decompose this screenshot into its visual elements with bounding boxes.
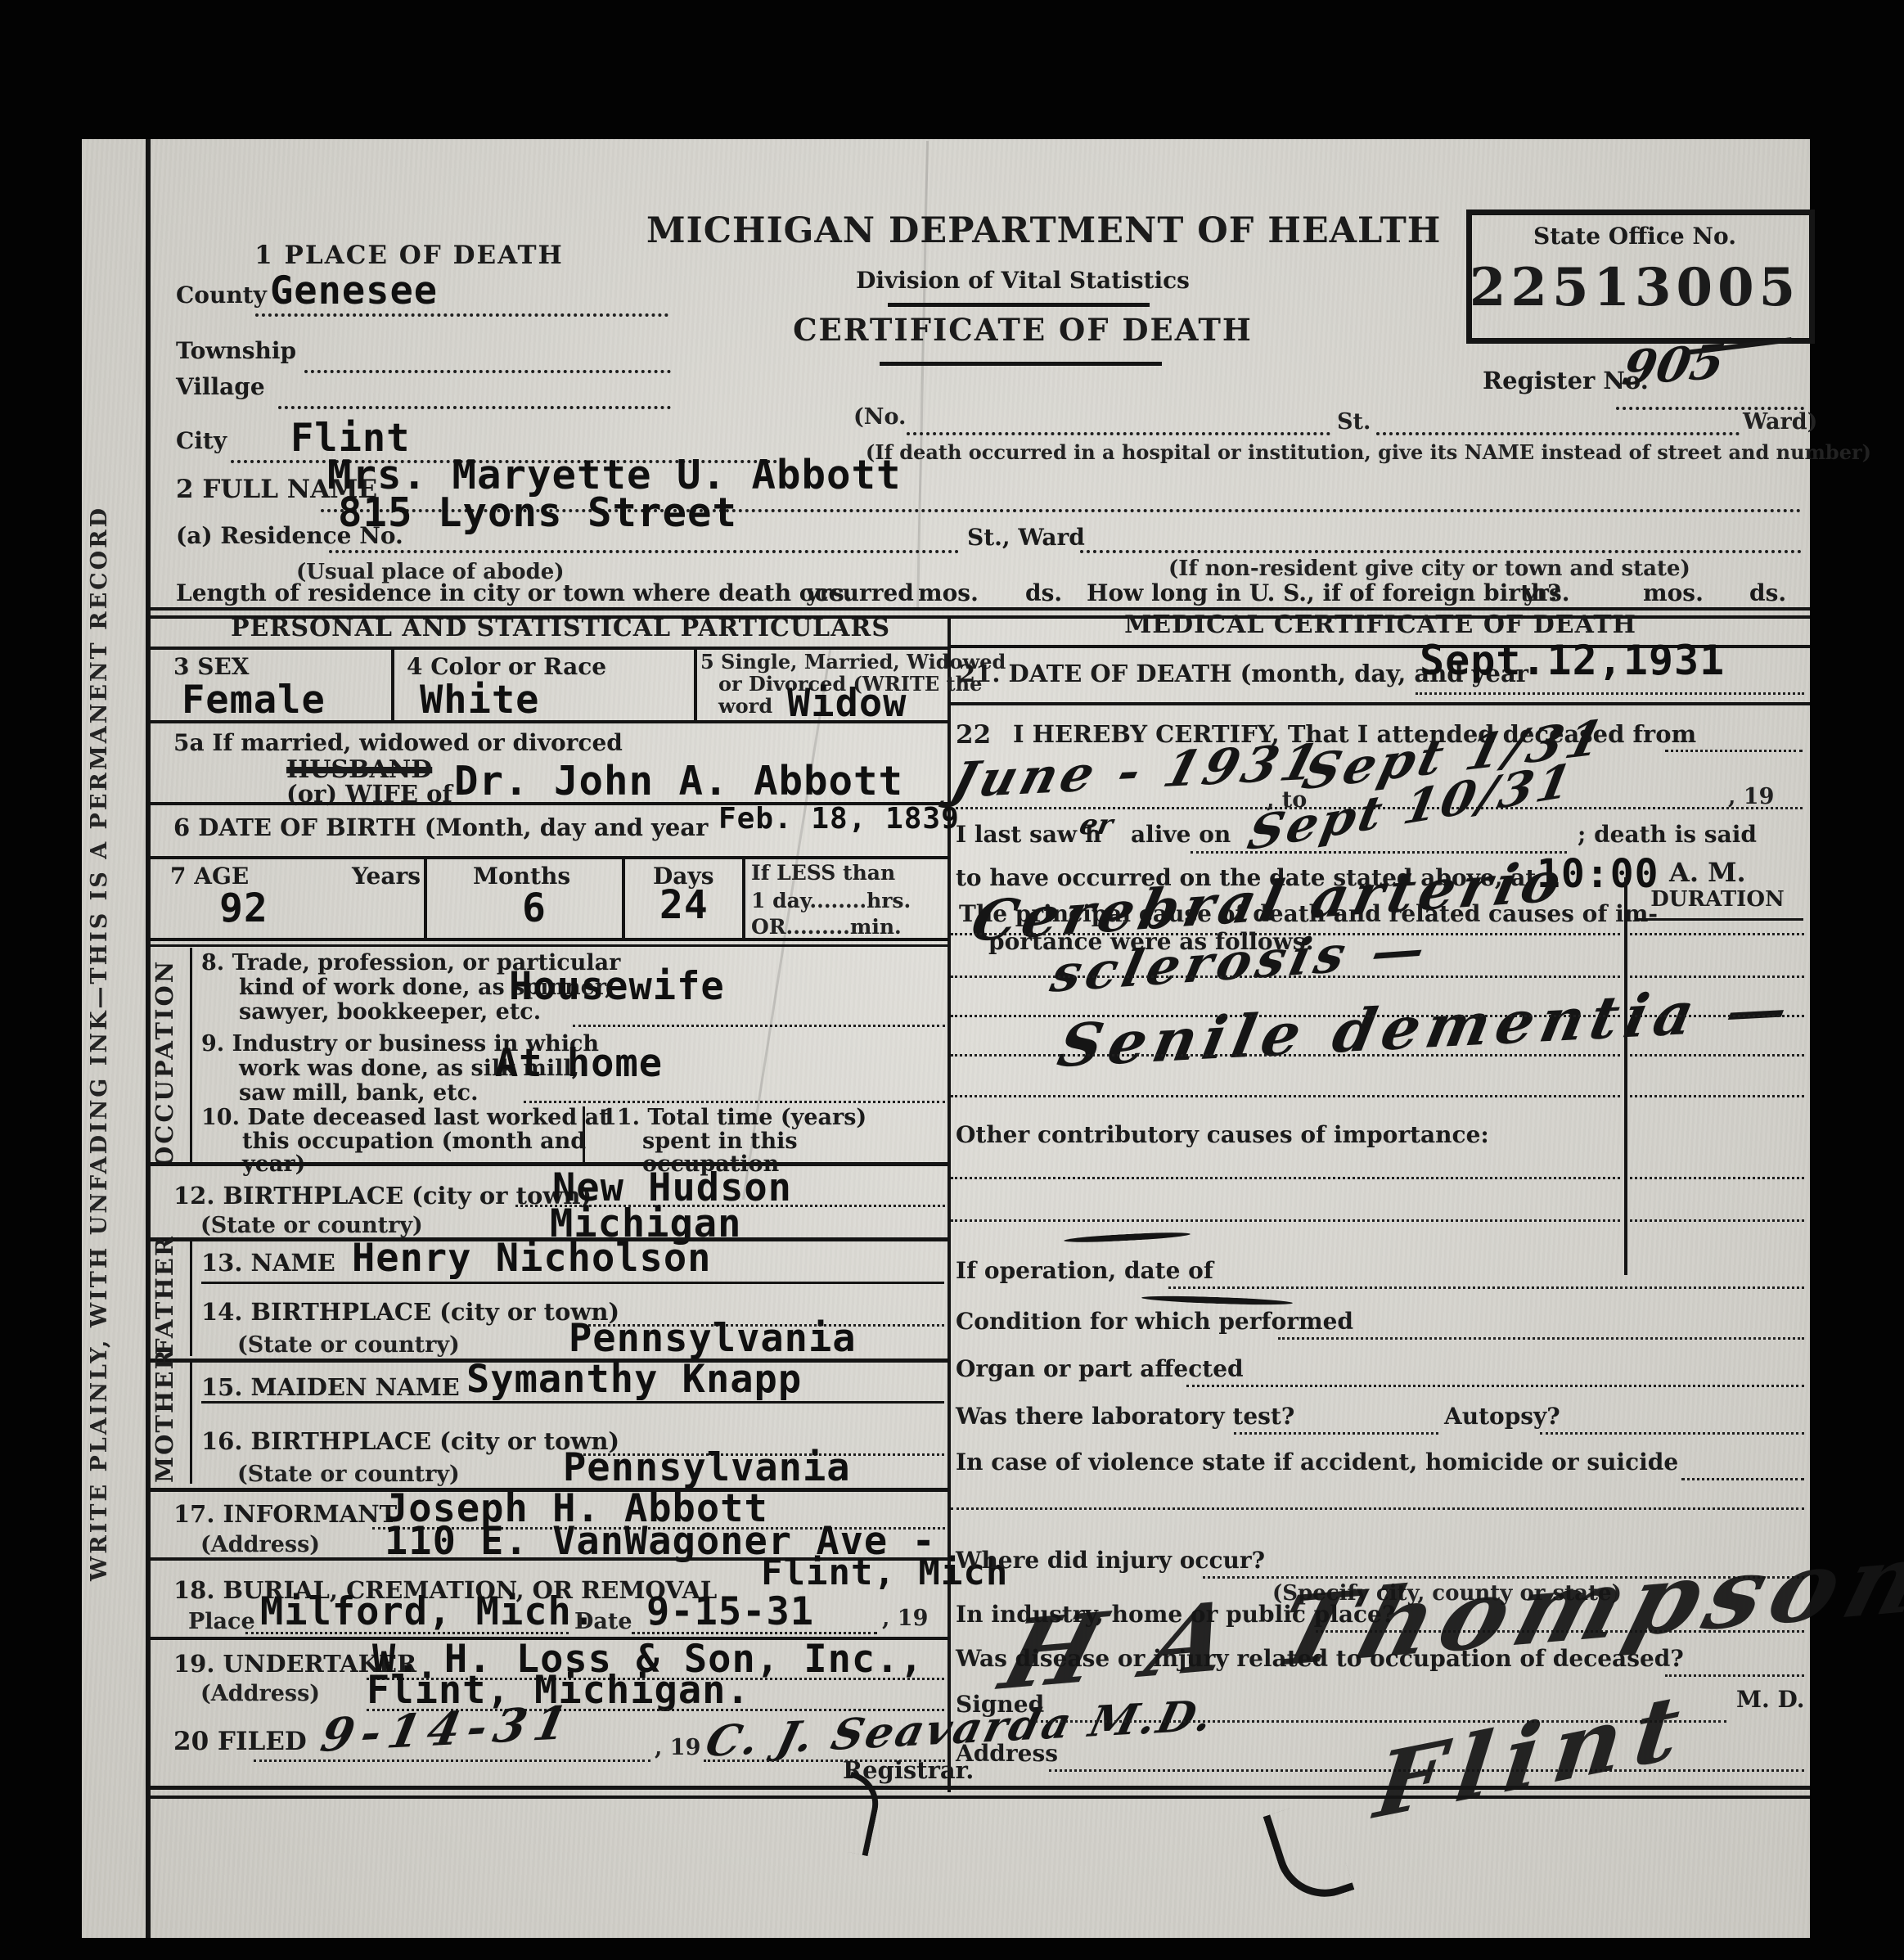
cell-divider [190,1363,192,1484]
color-label: 4 Color or Race [407,655,606,678]
duration-divider [1624,877,1627,1275]
state-country-label: (State or country) [237,1332,460,1358]
bottom-border [146,1796,1810,1799]
dotted-line [1080,550,1802,553]
residence-value: 815 Lyons Street [338,489,737,536]
date-of-death-value: Sept.12,1931 [1420,637,1725,684]
trade-label: sawyer, bookkeeper, etc. [239,1001,541,1024]
village-label: Village [176,375,265,399]
autopsy-label: Autopsy? [1444,1404,1560,1428]
mother-side-label: MOTHER [151,1365,188,1483]
dotted-line [255,313,668,317]
street-st-label: St. [1337,409,1371,435]
yrs-label: yrs. [1524,581,1570,605]
mos-label: mos. [1643,581,1704,605]
dotted-line [1630,1054,1804,1057]
death-is-said-label: ; death is said [1578,822,1757,846]
mother-birthplace-value: Pennsylvania [563,1445,851,1490]
city-label: City [176,429,227,453]
dob-label: 6 DATE OF BIRTH (Month, day and year [173,815,708,840]
cell-divider [694,650,697,720]
divider [880,362,1162,366]
maiden-name-label: 15. MAIDEN NAME [201,1375,460,1399]
cell-divider [190,1241,192,1356]
where-injury-label: Where did injury occur? [956,1548,1265,1572]
place-label: Place [188,1609,255,1634]
last-worked-label: this occupation (month and [242,1130,586,1153]
days-value: 24 [659,882,709,928]
dotted-line [1278,1337,1804,1340]
date-label: Date [574,1609,632,1634]
address-label: Address [956,1741,1058,1765]
married-widowed-label: 5a If married, widowed or divorced [173,731,623,755]
row-divider [947,702,1810,705]
dotted-line [278,406,671,409]
dotted-line [951,1095,1620,1097]
scanned-death-certificate: WRITE PLAINLY, WITH UNFADING INK—THIS IS… [0,0,1904,1960]
months-label: Months [473,864,570,888]
age-value: 92 [219,885,268,931]
dotted-line [951,1507,1804,1510]
industry-value: At home [495,1041,663,1086]
father-name-value: Henry Nicholson [352,1236,711,1281]
dotted-line [1665,750,1803,752]
dotted-line [1168,1286,1804,1289]
industry-label: saw mill, bank, etc. [239,1082,478,1105]
township-label: Township [176,339,296,363]
item-22-number: 22 [956,722,991,749]
md-label: M. D. [1736,1687,1805,1711]
dotted-line [1681,1478,1804,1480]
dotted-line [951,1219,1620,1222]
cell-divider [742,859,745,938]
row-divider [146,938,951,941]
total-time-label: spent in this [642,1130,798,1153]
division-subtitle: Division of Vital Statistics [777,268,1268,292]
dob-value: Feb. 18, 1839 [718,802,960,836]
dotted-line [1630,1095,1804,1097]
state-country-label: (State or country) [237,1462,460,1487]
state-office-label: State Office No. [1466,224,1803,248]
operation-label: If operation, date of [956,1259,1213,1282]
laboratory-test-label: Was there laboratory test? [956,1404,1294,1428]
row-divider [146,720,951,723]
dotted-line [1234,1432,1438,1435]
underline [1635,918,1803,921]
other-causes-label: Other contributory causes of importance: [956,1123,1489,1147]
dotted-line [1376,432,1740,435]
personal-section-title: PERSONAL AND STATISTICAL PARTICULARS [176,615,945,642]
place-of-death-title: 1 PLACE OF DEATH [205,242,614,269]
sex-label: 3 SEX [173,655,250,678]
nonresident-note: (If non-resident give city or town and s… [1168,556,1690,581]
if-less-label: If LESS than [751,861,895,885]
organ-label: Organ or part affected [956,1357,1244,1381]
father-name-label: 13. NAME [201,1250,335,1275]
state-office-number: 22513005 [1466,260,1803,315]
signed-label: Signed [956,1692,1044,1716]
dotted-line [524,1101,945,1103]
divider [888,303,1150,307]
medical-section-title: MEDICAL CERTIFICATE OF DEATH [951,612,1810,638]
if-less-label: 1 day........hrs. [751,889,911,912]
husband-label-struck: HUSBAND [286,757,432,783]
dotted-line [1540,1432,1804,1435]
dotted-line [1630,933,1804,935]
certificate-title: CERTIFICATE OF DEATH [777,314,1268,346]
burial-place-value: Milford, Mich. [260,1589,596,1634]
last-saw-er-script: er [1077,809,1116,841]
row-divider [146,856,951,859]
total-time-label: 11. Total time (years) [601,1106,866,1129]
underline [201,1282,944,1284]
cell-divider [190,948,192,1162]
dotted-line [951,975,1620,978]
father-birthplace-value: Pennsylvania [569,1316,857,1361]
dotted-line [951,1177,1620,1179]
dotted-line [632,1632,877,1634]
dotted-line [245,1632,569,1634]
st-ward-label: St., Ward [967,525,1085,549]
row-divider [146,1162,951,1166]
dotted-line [573,1025,945,1027]
year-19-label: , 19 [882,1606,928,1631]
row-divider [146,944,951,947]
yrs-label: yrs. [806,581,853,605]
dotted-line [1630,1015,1804,1017]
dotted-line [1630,1219,1804,1222]
dotted-line [1416,692,1804,695]
address-label: (Address) [200,1681,320,1706]
dotted-line [951,1015,1620,1017]
register-number: 905 [1618,334,1729,396]
duration-label: DURATION [1628,889,1807,911]
condition-label: Condition for which performed [956,1309,1353,1333]
trade-value: Housewife [509,964,725,1009]
dotted-line [951,1054,1620,1057]
if-less-label: OR.........min. [751,915,902,939]
mos-label: mos. [918,581,979,605]
state-country-label: (State or country) [200,1213,423,1238]
bottom-border [146,1786,1810,1790]
ds-label: ds. [1749,581,1786,605]
burial-date-value: 9-15-31 [646,1589,814,1634]
color-value: White [420,678,539,723]
year-19-label: , 19 [655,1735,700,1760]
county-label: County [176,283,267,307]
address-label: (Address) [200,1532,320,1557]
violence-label: In case of violence state if accident, h… [956,1450,1678,1474]
occupation-side-label: OCCUPATION [151,956,188,1170]
street-no-label: (No. [853,404,906,430]
length-of-residence-label: Length of residence in city or town wher… [176,581,914,605]
dotted-line [1630,1177,1804,1179]
dotted-line [907,432,1330,435]
cell-divider [622,859,625,938]
foreign-birth-label: How long in U. S., if of foreign birth? [1087,581,1561,605]
years-label: Years [352,864,421,888]
hospital-note: (If death occurred in a hospital or inst… [866,440,1871,464]
am-pm-label: A. M. [1669,859,1746,887]
dotted-line [1186,1385,1804,1387]
informant-label: 17. INFORMANT [173,1502,397,1526]
status-label: word [718,694,772,718]
dotted-line [254,1759,650,1762]
sex-value: Female [182,678,326,723]
mother-birthplace-label: 16. BIRTHPLACE (city or town) [201,1429,619,1453]
spouse-value: Dr. John A. Abbott [454,758,903,804]
dotted-line [329,550,959,553]
county-value: Genesee [270,268,438,313]
months-value: 6 [522,885,547,931]
age-label: 7 AGE [170,864,249,888]
cell-divider [391,650,394,720]
margin-instruction: WRITE PLAINLY, WITH UNFADING INK—THIS IS… [87,188,134,1899]
father-side-label: FATHER [151,1244,188,1355]
street-ward-label: Ward) [1743,409,1817,435]
last-worked-label: 10. Date deceased last worked at [201,1106,610,1129]
year-19-label: , 19 [1728,784,1774,809]
department-title: MICHIGAN DEPARTMENT OF HEALTH [646,213,1399,250]
father-birthplace-label: 14. BIRTHPLACE (city or town) [201,1300,619,1324]
underline [201,1401,944,1404]
filed-label: 20 FILED [173,1728,307,1755]
maiden-name-value: Symanthy Knapp [466,1357,802,1402]
cell-divider [424,859,427,938]
ds-label: ds. [1025,581,1062,605]
dotted-line [304,370,671,373]
status-value: Widow [787,681,907,726]
alive-on-label: alive on [1131,822,1231,846]
